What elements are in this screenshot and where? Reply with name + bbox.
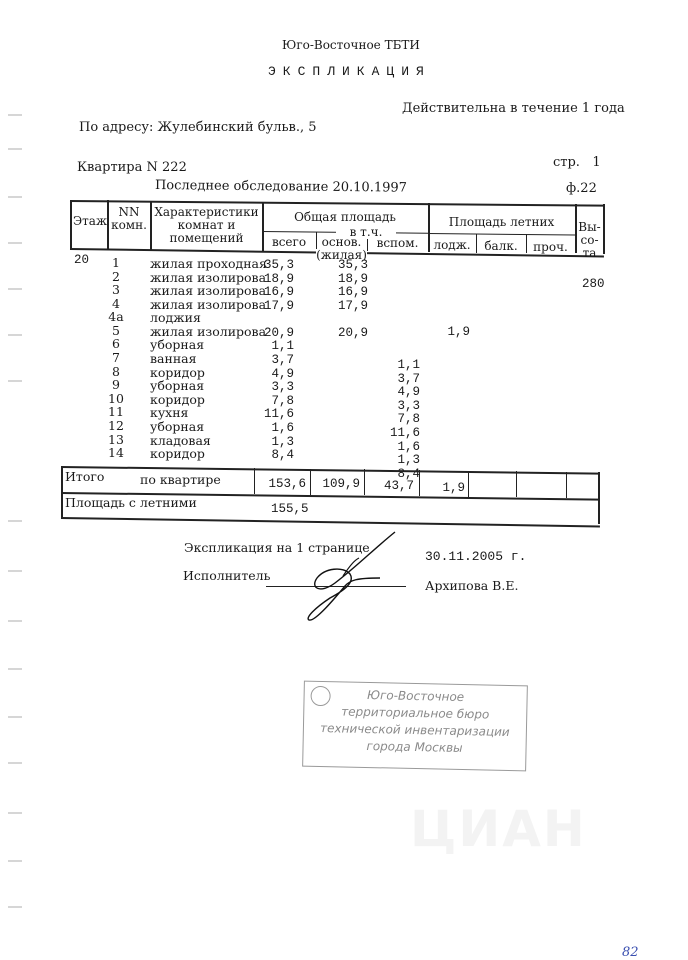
area-aux: 11,6 xyxy=(370,427,420,440)
area-total: 3,7 xyxy=(244,354,294,367)
area-total: 20,9 xyxy=(244,327,294,340)
room-number: 1 xyxy=(96,256,136,269)
col-loggia: лодж. xyxy=(428,239,476,252)
organization-name: Юго-Восточное ТБТИ xyxy=(282,38,420,52)
totals-label: Итого xyxy=(65,469,104,484)
room-name: уборная xyxy=(150,338,204,351)
area-aux: 3,3 xyxy=(370,400,420,413)
executor-label: Исполнитель xyxy=(183,568,270,583)
with-summer-value: 155,5 xyxy=(271,502,309,516)
room-number: 6 xyxy=(96,337,136,350)
room-name: кухня xyxy=(150,406,188,419)
area-main: 16,9 xyxy=(318,286,368,299)
margin-mark xyxy=(8,860,22,862)
area-total: 1,3 xyxy=(244,436,294,449)
height-value: 280 xyxy=(582,278,605,291)
margin-mark xyxy=(8,334,22,336)
room-number: 4 xyxy=(96,297,136,310)
margin-mark xyxy=(8,196,22,198)
area-main: 17,9 xyxy=(318,300,368,313)
room-number: 9 xyxy=(96,378,136,391)
room-number: 10 xyxy=(96,392,136,405)
margin-mark xyxy=(8,716,22,718)
area-main: 20,9 xyxy=(318,327,368,340)
apartment-number: Квартира N 222 xyxy=(77,160,187,175)
last-survey-date: Последнее обследование 20.10.1997 xyxy=(155,178,407,196)
area-main: 18,9 xyxy=(318,273,368,286)
room-number: 2 xyxy=(96,270,136,283)
margin-mark xyxy=(8,520,22,522)
room-number: 3 xyxy=(96,283,136,296)
area-aux: 1,3 xyxy=(370,454,420,467)
margin-mark xyxy=(8,380,22,382)
margin-mark xyxy=(8,570,22,572)
margin-mark xyxy=(8,668,22,670)
area-total: 3,3 xyxy=(244,381,294,394)
area-total: 11,6 xyxy=(244,408,294,421)
signature-date: 30.11.2005 г. xyxy=(425,549,526,564)
col-summer-area: Площадь летних xyxy=(428,216,575,229)
area-total: 7,8 xyxy=(244,395,294,408)
area-aux: 1,6 xyxy=(370,441,420,454)
page-number: стр. 1 xyxy=(553,155,601,170)
margin-mark xyxy=(8,620,22,622)
area-total: 8,4 xyxy=(244,449,294,462)
room-number: 7 xyxy=(96,351,136,364)
room-number: 13 xyxy=(96,433,136,446)
col-other: проч. xyxy=(526,241,575,254)
area-total: 4,9 xyxy=(244,368,294,381)
area-aux: 1,1 xyxy=(370,359,420,372)
floor-value: 20 xyxy=(74,254,89,267)
address: По адресу: Жулебинский бульв., 5 xyxy=(79,120,317,135)
watermark-logo: ЦИАН xyxy=(410,800,587,858)
room-name: ванная xyxy=(150,352,197,365)
room-name: кладовая xyxy=(150,434,211,447)
col-characteristics: Характеристикикомнат ипомещений xyxy=(151,206,262,245)
room-number: 14 xyxy=(96,446,136,459)
margin-mark xyxy=(8,812,22,814)
totals-all: 153,6 xyxy=(256,477,306,491)
room-number: 11 xyxy=(96,405,136,418)
margin-mark xyxy=(8,114,22,116)
area-total: 1,1 xyxy=(244,340,294,353)
form-number: ф.22 xyxy=(566,181,597,196)
room-number: 5 xyxy=(96,324,136,337)
room-name: уборная xyxy=(150,379,204,392)
room-name: коридор xyxy=(150,447,205,460)
room-name: коридор xyxy=(150,393,205,406)
signature-icon xyxy=(295,528,405,623)
room-number: 8 xyxy=(96,365,136,378)
totals-main: 109,9 xyxy=(310,477,360,491)
col-total-area: Общая площадь xyxy=(262,211,428,224)
col-floor: Этаж xyxy=(72,215,108,228)
area-loggia: 1,9 xyxy=(420,326,470,339)
room-number: 4а xyxy=(96,310,136,323)
margin-mark xyxy=(8,288,22,290)
col-aux: вспом. xyxy=(367,237,428,250)
area-main: 35,3 xyxy=(318,259,368,272)
area-total: 1,6 xyxy=(244,422,294,435)
margin-mark xyxy=(8,762,22,764)
margin-mark xyxy=(8,242,22,244)
area-aux: 3,7 xyxy=(370,373,420,386)
col-balcony: балк. xyxy=(476,240,526,253)
document-title: ЭКСПЛИКАЦИЯ xyxy=(268,64,431,79)
margin-mark xyxy=(8,906,22,908)
validity-note: Действительна в течение 1 года xyxy=(402,101,625,116)
col-height: Вы-со-та xyxy=(576,221,603,260)
official-stamp: Юго-Восточное территориальное бюро техни… xyxy=(302,681,528,772)
area-total: 17,9 xyxy=(244,300,294,313)
with-summer-label: Площадь с летними xyxy=(65,495,197,510)
totals-loggia: 1,9 xyxy=(415,481,465,495)
margin-mark xyxy=(8,148,22,150)
room-number: 12 xyxy=(96,419,136,432)
totals-label-apartment: по квартире xyxy=(140,472,221,487)
handwritten-page-mark: 82 xyxy=(622,945,639,960)
room-name: коридор xyxy=(150,366,205,379)
area-aux: 4,9 xyxy=(370,386,420,399)
executor-name: Архипова В.Е. xyxy=(425,578,518,593)
col-room-no: NNкомн. xyxy=(108,206,150,232)
totals-aux: 43,7 xyxy=(364,479,414,493)
room-name: уборная xyxy=(150,420,204,433)
area-aux: 7,8 xyxy=(370,413,420,426)
col-all: всего xyxy=(262,236,316,249)
room-name: лоджия xyxy=(150,311,201,324)
